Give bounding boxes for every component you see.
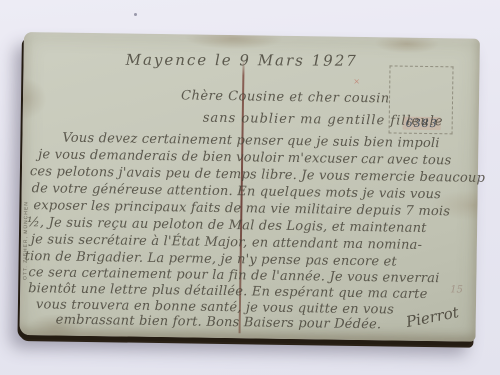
pencil-mark: 15 xyxy=(450,284,463,295)
photo-backdrop: 6383 OTT. ZIEHER, MÜNCHEN Mayence le 9 M… xyxy=(0,0,500,375)
postcard: 6383 OTT. ZIEHER, MÜNCHEN Mayence le 9 M… xyxy=(20,32,480,342)
salutation-line-2: sans oublier ma gentille filleule xyxy=(203,111,444,130)
dust-speck xyxy=(134,13,137,16)
dateline: Mayence le 9 Mars 1927 xyxy=(126,51,358,70)
salutation-line-1: Chère Cousine et cher cousin xyxy=(181,88,390,106)
signature: Pierrot xyxy=(405,303,461,331)
red-pencil-mark: × xyxy=(353,77,360,86)
